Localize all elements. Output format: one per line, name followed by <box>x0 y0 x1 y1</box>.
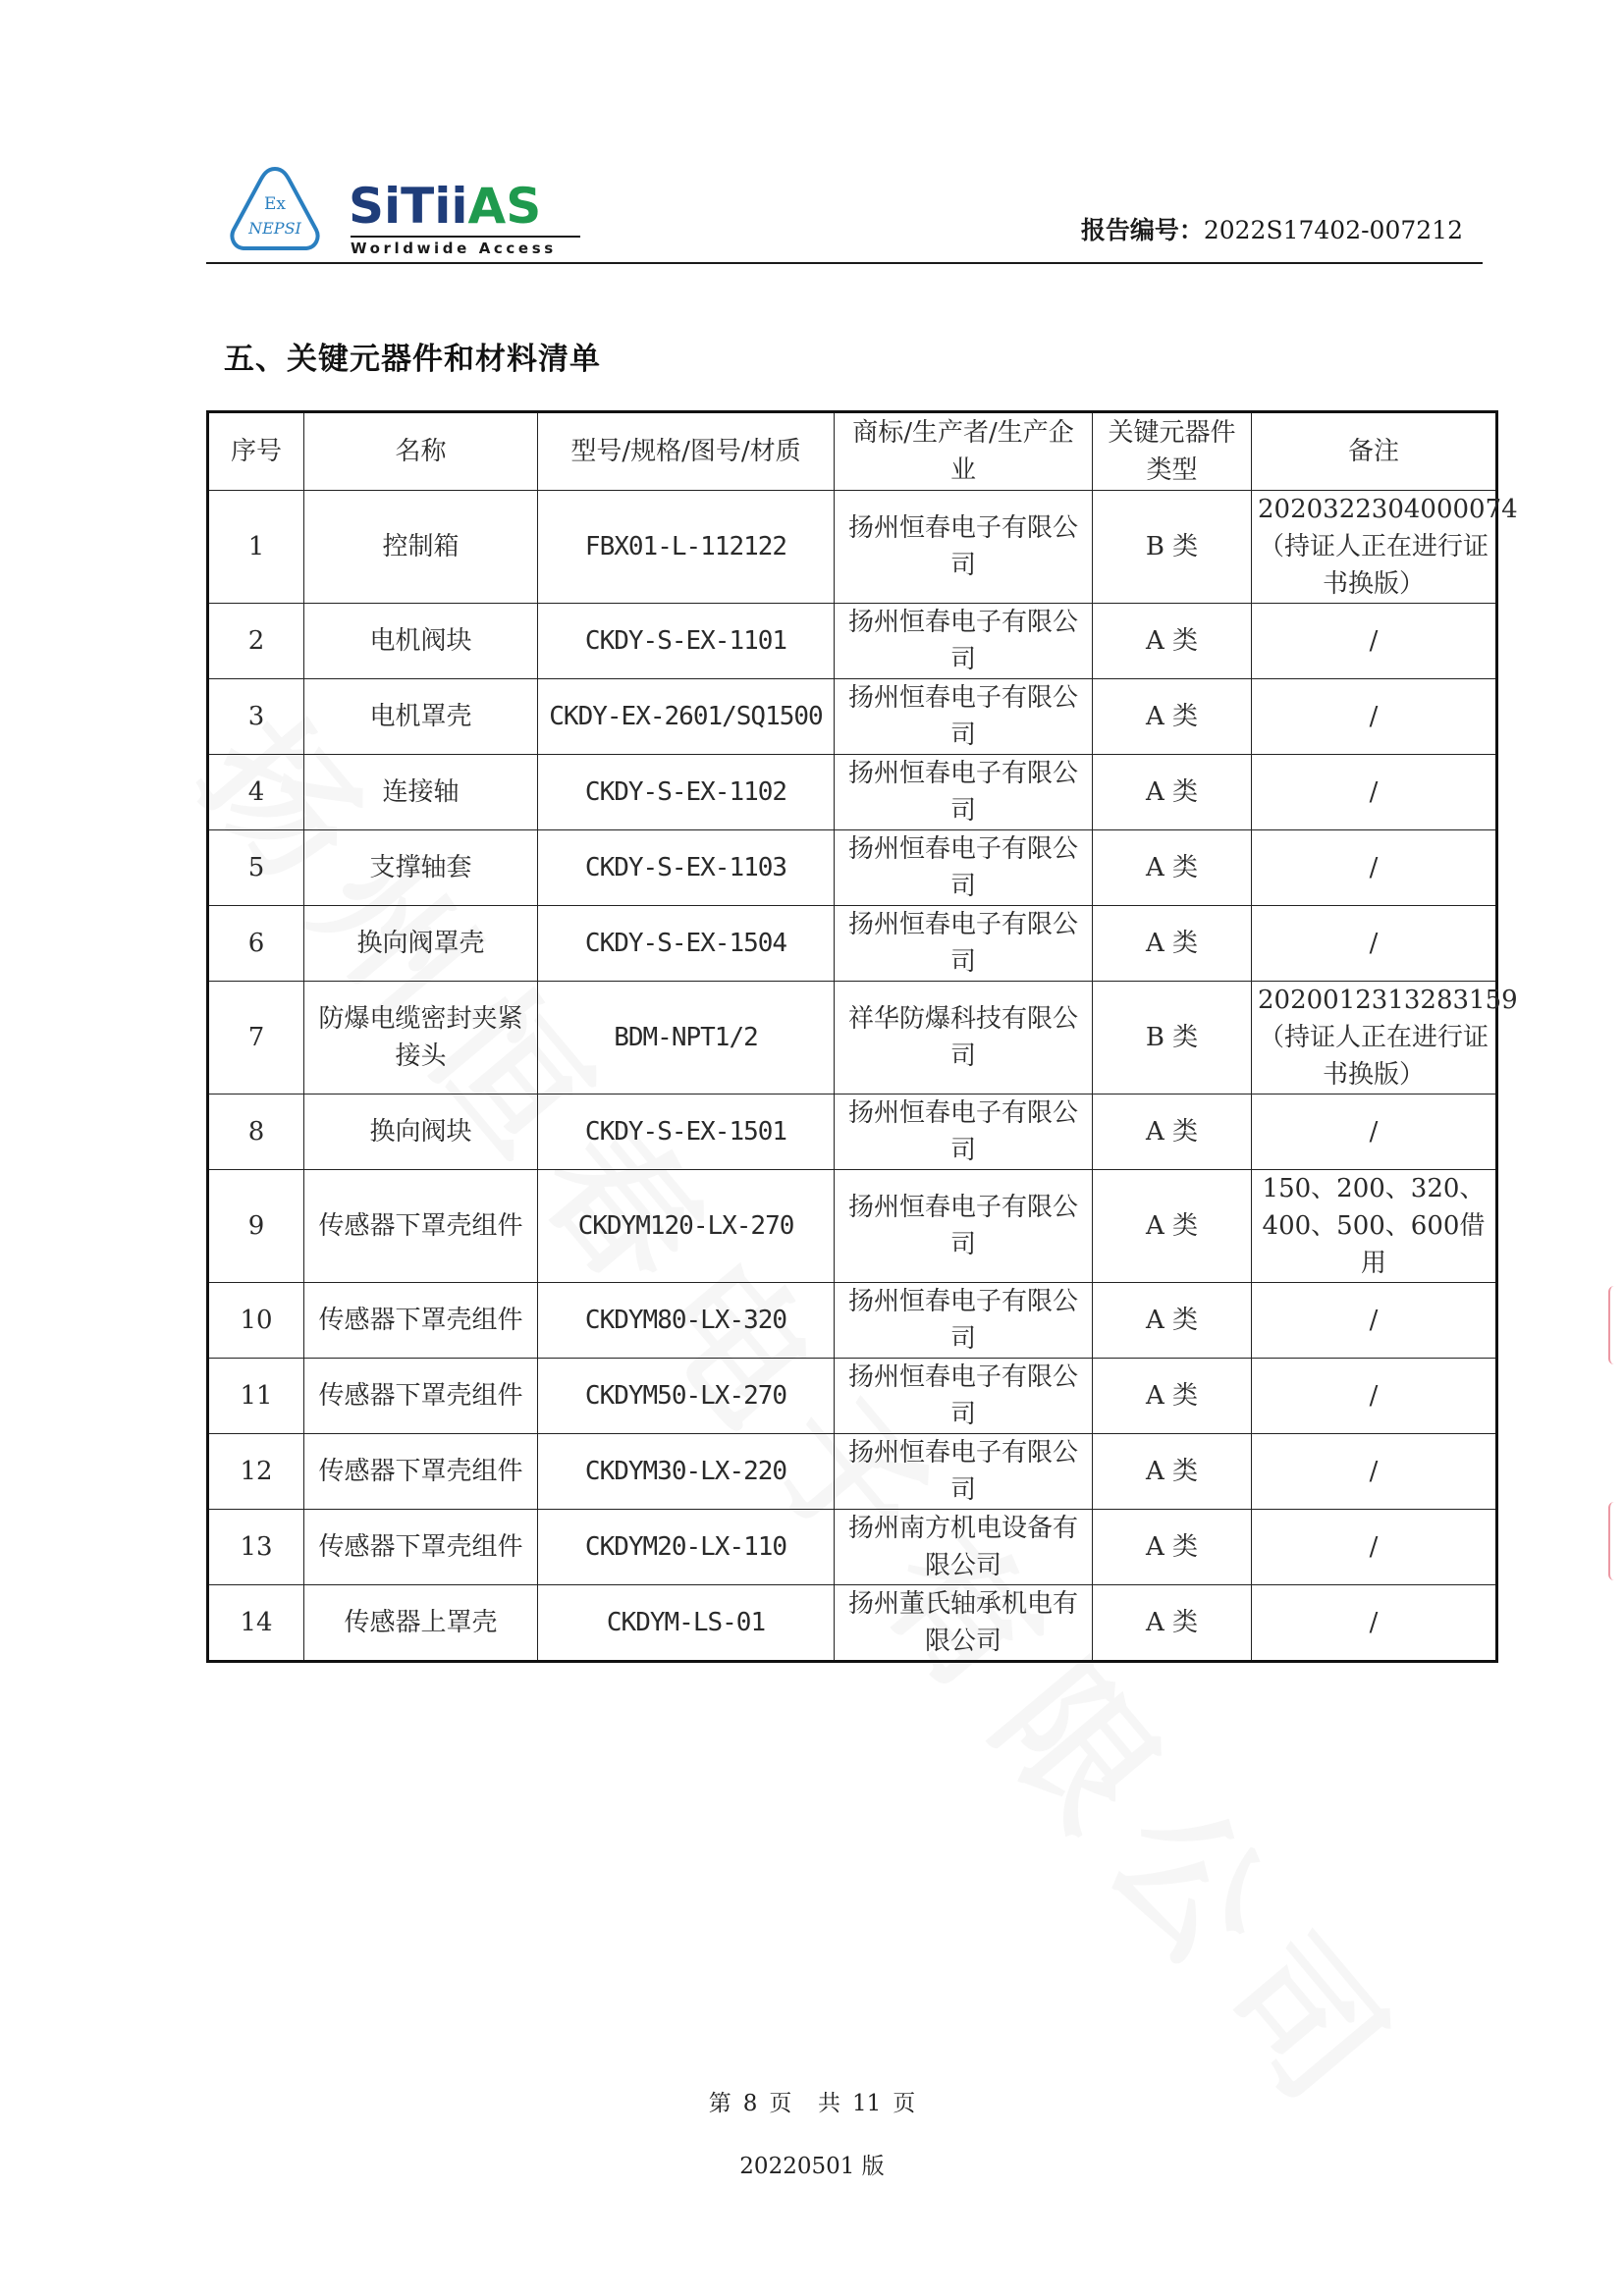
cell-remark: / <box>1252 1359 1497 1434</box>
cell-maker: 扬州恒春电子有限公司 <box>835 830 1093 906</box>
seal-fragment <box>1608 1502 1624 1580</box>
cell-type: A 类 <box>1093 1283 1252 1359</box>
cell-name: 换向阀罩壳 <box>304 906 538 982</box>
cell-name: 电机阀块 <box>304 604 538 679</box>
nepsi-shield-icon: Ex NEPSI <box>226 165 324 253</box>
table-row: 9 传感器下罩壳组件 CKDYM120-LX-270 扬州恒春电子有限公司 A … <box>208 1170 1497 1283</box>
section-title: 五、关键元器件和材料清单 <box>224 334 601 378</box>
cell-remark: / <box>1252 679 1497 755</box>
sitiias-wordmark: SiTiiAS <box>349 179 541 234</box>
header-divider <box>206 262 1483 264</box>
table-header-row: 序号 名称 型号/规格/图号/材质 商标/生产者/生产企业 关键元器件类型 备注 <box>208 412 1497 491</box>
cell-model: BDM-NPT1/2 <box>538 982 835 1095</box>
table-row: 12 传感器下罩壳组件 CKDYM30-LX-220 扬州恒春电子有限公司 A … <box>208 1434 1497 1510</box>
col-header-model: 型号/规格/图号/材质 <box>538 412 835 491</box>
nepsi-logo: Ex NEPSI <box>226 165 324 253</box>
table-row: 10 传感器下罩壳组件 CKDYM80-LX-320 扬州恒春电子有限公司 A … <box>208 1283 1497 1359</box>
table-row: 4 连接轴 CKDY-S-EX-1102 扬州恒春电子有限公司 A 类 / <box>208 755 1497 830</box>
cell-no: 3 <box>208 679 304 755</box>
table-row: 7 防爆电缆密封夹紧接头 BDM-NPT1/2 祥华防爆科技有限公司 B 类 2… <box>208 982 1497 1095</box>
col-header-remark: 备注 <box>1252 412 1497 491</box>
cell-name: 连接轴 <box>304 755 538 830</box>
cell-maker: 扬州南方机电设备有限公司 <box>835 1510 1093 1585</box>
cell-no: 6 <box>208 906 304 982</box>
cell-maker: 扬州恒春电子有限公司 <box>835 1170 1093 1283</box>
cell-name: 传感器下罩壳组件 <box>304 1283 538 1359</box>
cell-no: 13 <box>208 1510 304 1585</box>
logo-rule <box>351 236 580 238</box>
table-row: 5 支撑轴套 CKDY-S-EX-1103 扬州恒春电子有限公司 A 类 / <box>208 830 1497 906</box>
cell-remark: / <box>1252 604 1497 679</box>
page-total: 11 <box>852 2091 881 2116</box>
cell-type: A 类 <box>1093 755 1252 830</box>
cell-maker: 扬州恒春电子有限公司 <box>835 679 1093 755</box>
cell-type: A 类 <box>1093 604 1252 679</box>
cell-model: CKDY-EX-2601/SQ1500 <box>538 679 835 755</box>
cell-type: A 类 <box>1093 1359 1252 1434</box>
cell-maker: 扬州恒春电子有限公司 <box>835 604 1093 679</box>
page-prefix: 第 <box>709 2091 731 2116</box>
cell-no: 8 <box>208 1095 304 1170</box>
cell-remark: 150、200、320、400、500、600借用 <box>1252 1170 1497 1283</box>
cell-remark: / <box>1252 755 1497 830</box>
cell-maker: 扬州恒春电子有限公司 <box>835 491 1093 604</box>
table-row: 1 控制箱 FBX01-L-112122 扬州恒春电子有限公司 B 类 2020… <box>208 491 1497 604</box>
cell-model: CKDY-S-EX-1101 <box>538 604 835 679</box>
cell-name: 传感器下罩壳组件 <box>304 1170 538 1283</box>
cell-model: CKDY-S-EX-1102 <box>538 755 835 830</box>
cell-no: 5 <box>208 830 304 906</box>
cell-no: 9 <box>208 1170 304 1283</box>
cell-remark: 2020322304000074（持证人正在进行证书换版） <box>1252 491 1497 604</box>
report-number: 报告编号：2022S17402-007212 <box>1081 211 1463 246</box>
cell-no: 7 <box>208 982 304 1095</box>
col-header-name: 名称 <box>304 412 538 491</box>
report-number-label: 报告编号： <box>1081 216 1204 244</box>
cell-model: CKDY-S-EX-1504 <box>538 906 835 982</box>
cell-remark: / <box>1252 1510 1497 1585</box>
cell-remark: / <box>1252 830 1497 906</box>
report-number-value: 2022S17402-007212 <box>1204 216 1463 244</box>
cell-type: B 类 <box>1093 982 1252 1095</box>
cell-type: A 类 <box>1093 1434 1252 1510</box>
cell-type: A 类 <box>1093 679 1252 755</box>
cell-type: A 类 <box>1093 830 1252 906</box>
cell-name: 传感器下罩壳组件 <box>304 1434 538 1510</box>
col-header-no: 序号 <box>208 412 304 491</box>
svg-text:NEPSI: NEPSI <box>247 219 301 238</box>
cell-no: 11 <box>208 1359 304 1434</box>
cell-no: 1 <box>208 491 304 604</box>
table-row: 8 换向阀块 CKDY-S-EX-1501 扬州恒春电子有限公司 A 类 / <box>208 1095 1497 1170</box>
cell-name: 电机罩壳 <box>304 679 538 755</box>
page-suffix: 页 <box>893 2091 915 2116</box>
cell-model: CKDYM20-LX-110 <box>538 1510 835 1585</box>
cell-name: 传感器下罩壳组件 <box>304 1359 538 1434</box>
cell-model: CKDYM80-LX-320 <box>538 1283 835 1359</box>
table-row: 3 电机罩壳 CKDY-EX-2601/SQ1500 扬州恒春电子有限公司 A … <box>208 679 1497 755</box>
cell-maker: 扬州恒春电子有限公司 <box>835 1359 1093 1434</box>
cell-name: 控制箱 <box>304 491 538 604</box>
cell-model: FBX01-L-112122 <box>538 491 835 604</box>
cell-remark: / <box>1252 1585 1497 1662</box>
cell-no: 12 <box>208 1434 304 1510</box>
page-header: Ex NEPSI SiTiiAS Worldwide Access 报告编号：2… <box>206 157 1483 265</box>
cell-name: 防爆电缆密封夹紧接头 <box>304 982 538 1095</box>
col-header-type: 关键元器件类型 <box>1093 412 1252 491</box>
table-row: 14 传感器上罩壳 CKDYM-LS-01 扬州董氏轴承机电有限公司 A 类 / <box>208 1585 1497 1662</box>
cell-remark: / <box>1252 1283 1497 1359</box>
cell-type: A 类 <box>1093 1095 1252 1170</box>
cell-no: 2 <box>208 604 304 679</box>
page-mid: 页 <box>769 2091 791 2116</box>
components-table: 序号 名称 型号/规格/图号/材质 商标/生产者/生产企业 关键元器件类型 备注… <box>206 410 1498 1663</box>
cell-model: CKDYM50-LX-270 <box>538 1359 835 1434</box>
cell-model: CKDYM30-LX-220 <box>538 1434 835 1510</box>
version-label: 20220501 版 <box>0 2148 1624 2180</box>
col-header-maker: 商标/生产者/生产企业 <box>835 412 1093 491</box>
cell-maker: 祥华防爆科技有限公司 <box>835 982 1093 1095</box>
cell-type: A 类 <box>1093 1170 1252 1283</box>
cell-maker: 扬州恒春电子有限公司 <box>835 755 1093 830</box>
cell-remark: 2020012313283159（持证人正在进行证书换版） <box>1252 982 1497 1095</box>
sitiias-tagline: Worldwide Access <box>351 240 557 257</box>
cell-type: A 类 <box>1093 1585 1252 1662</box>
cell-no: 10 <box>208 1283 304 1359</box>
cell-no: 14 <box>208 1585 304 1662</box>
cell-maker: 扬州恒春电子有限公司 <box>835 1434 1093 1510</box>
table-row: 6 换向阀罩壳 CKDY-S-EX-1504 扬州恒春电子有限公司 A 类 / <box>208 906 1497 982</box>
cell-model: CKDY-S-EX-1103 <box>538 830 835 906</box>
cell-name: 传感器上罩壳 <box>304 1585 538 1662</box>
cell-type: A 类 <box>1093 906 1252 982</box>
cell-maker: 扬州恒春电子有限公司 <box>835 1095 1093 1170</box>
table-row: 11 传感器下罩壳组件 CKDYM50-LX-270 扬州恒春电子有限公司 A … <box>208 1359 1497 1434</box>
table-row: 13 传感器下罩壳组件 CKDYM20-LX-110 扬州南方机电设备有限公司 … <box>208 1510 1497 1585</box>
cell-type: B 类 <box>1093 491 1252 604</box>
page-current: 8 <box>743 2091 758 2116</box>
cell-maker: 扬州恒春电子有限公司 <box>835 1283 1093 1359</box>
cell-remark: / <box>1252 906 1497 982</box>
cell-remark: / <box>1252 1434 1497 1510</box>
cell-model: CKDYM-LS-01 <box>538 1585 835 1662</box>
cell-name: 换向阀块 <box>304 1095 538 1170</box>
table-row: 2 电机阀块 CKDY-S-EX-1101 扬州恒春电子有限公司 A 类 / <box>208 604 1497 679</box>
cell-no: 4 <box>208 755 304 830</box>
page-number: 第8页 共11页 <box>0 2085 1624 2117</box>
cell-name: 支撑轴套 <box>304 830 538 906</box>
cell-model: CKDYM120-LX-270 <box>538 1170 835 1283</box>
cell-type: A 类 <box>1093 1510 1252 1585</box>
cell-model: CKDY-S-EX-1501 <box>538 1095 835 1170</box>
cell-maker: 扬州恒春电子有限公司 <box>835 906 1093 982</box>
sitiias-logo: SiTiiAS Worldwide Access <box>349 179 594 257</box>
cell-remark: / <box>1252 1095 1497 1170</box>
page-total-prefix: 共 <box>818 2091 840 2116</box>
svg-text:Ex: Ex <box>264 194 286 214</box>
seal-fragment <box>1608 1286 1624 1364</box>
cell-maker: 扬州董氏轴承机电有限公司 <box>835 1585 1093 1662</box>
cell-name: 传感器下罩壳组件 <box>304 1510 538 1585</box>
